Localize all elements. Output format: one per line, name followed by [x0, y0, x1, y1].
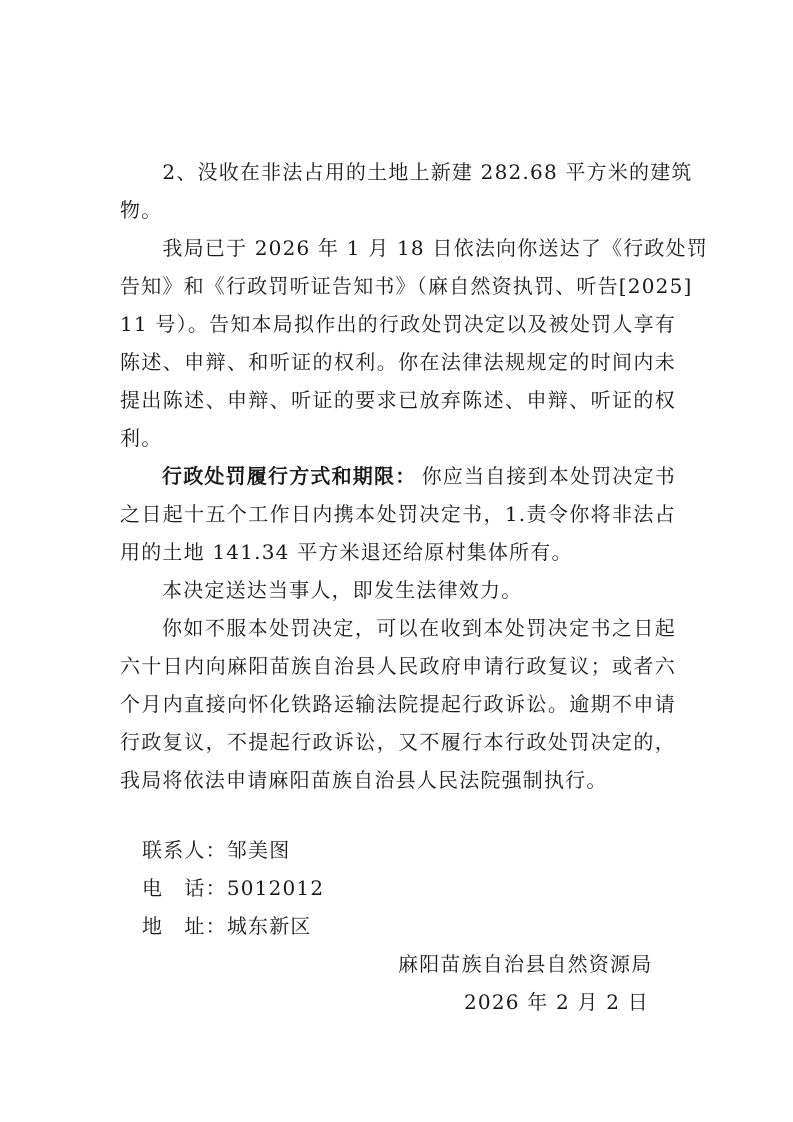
effect-statement: 本决定送达当事人，即发生法律效力。 — [162, 578, 718, 602]
performance-text: 你应当自接到本处罚决定书 — [422, 464, 676, 488]
paragraph-line: 个月内直接向怀化铁路运输法院提起行政诉讼。逾期不申请 — [120, 692, 676, 716]
paragraph-line: 行政复议，不提起行政诉讼，又不履行本行政处罚决定的， — [120, 730, 676, 754]
signature-organization: 麻阳苗族自治县自然资源局 — [398, 952, 678, 976]
contact-address-value: 城东新区 — [227, 914, 312, 938]
paragraph-line: 用的土地 141.34 平方米退还给原村集体所有。 — [120, 540, 676, 564]
paragraph-line: 六十日内向麻阳苗族自治县人民政府申请行政复议；或者六 — [120, 654, 676, 678]
performance-label: 行政处罚履行方式和期限： — [162, 464, 416, 488]
contact-phone-label: 电 话： — [142, 876, 227, 900]
signature-date: 2026 年 2 月 2 日 — [464, 990, 664, 1014]
paragraph-line: 2、没收在非法占用的土地上新建 282.68 平方米的建筑 — [120, 160, 676, 184]
paragraph-line: 我局已于 2026 年 1 月 18 日依法向你送达了《行政处罚 — [120, 236, 676, 260]
contact-phone-value: 5012012 — [227, 876, 324, 900]
paragraph-line: 你如不服本处罚决定，可以在收到本处罚决定书之日起 — [162, 616, 676, 640]
paragraph-line: 我局将依法申请麻阳苗族自治县人民法院强制执行。 — [120, 768, 676, 792]
contact-person: 联系人：邹美图 — [142, 838, 698, 862]
contact-address-label: 地 址： — [142, 914, 227, 938]
paragraph-line: 物。 — [120, 198, 676, 222]
paragraph-line: 利。 — [120, 426, 676, 450]
paragraph-line: 告知》和《行政罚听证告知书》（麻自然资执罚、听告[2025] — [120, 274, 676, 298]
paragraph-line: 之日起十五个工作日内携本处罚决定书，1.责令你将非法占 — [120, 502, 676, 526]
paragraph-line: 陈述、申辩、和听证的权利。你在法律法规规定的时间内未 — [120, 350, 676, 374]
paragraph-line: 提出陈述、申辩、听证的要求已放弃陈述、申辩、听证的权 — [120, 388, 676, 412]
contact-person-label: 联系人： — [142, 838, 227, 862]
contact-person-value: 邹美图 — [227, 838, 291, 862]
contact-address: 地 址：城东新区 — [142, 914, 698, 938]
performance-first-line: 行政处罚履行方式和期限： 你应当自接到本处罚决定书 — [162, 464, 676, 488]
paragraph-line: 11 号）。告知本局拟作出的行政处罚决定以及被处罚人享有 — [120, 312, 676, 336]
contact-phone: 电 话：5012012 — [142, 876, 698, 900]
